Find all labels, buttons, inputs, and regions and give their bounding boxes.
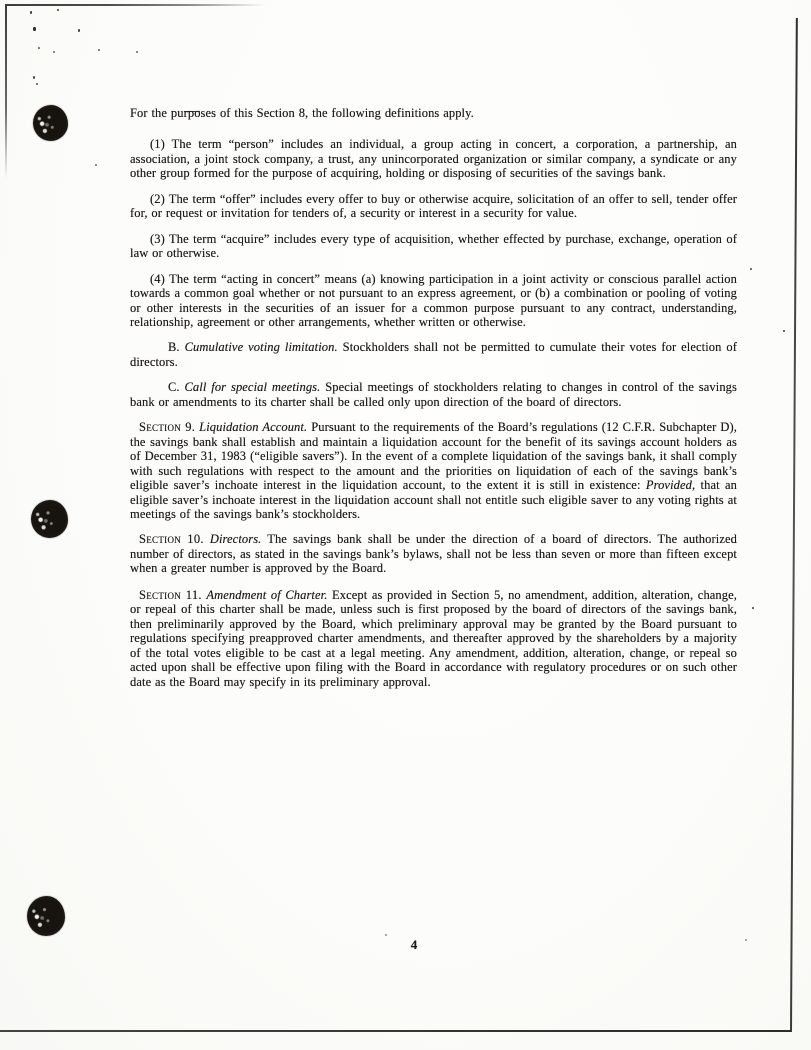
definition-1-text: (1) The term “person” includes an indivi… — [130, 137, 737, 180]
item-b-title: Cumulative voting limitation. — [185, 340, 338, 354]
dust-speck — [33, 76, 35, 79]
section-9-proviso: Provided, — [646, 478, 695, 492]
hole-punch-middle — [31, 500, 68, 538]
dust-speck — [57, 9, 59, 11]
dust-speck — [95, 164, 97, 166]
dust-speck — [33, 27, 36, 31]
scanned-document-page: For the purposes of this Section 8, the … — [0, 0, 811, 1050]
paragraph-definition-3: (3) The term “acquire” includes every ty… — [130, 232, 737, 261]
paragraph-section-9: Section 9. Liquidation Account. Pursuant… — [130, 420, 737, 521]
scan-edge-right — [790, 18, 797, 1032]
section-11-body: Except as provided in Section 5, no amen… — [130, 588, 737, 689]
dust-speck — [78, 29, 80, 32]
dust-speck — [783, 330, 785, 332]
item-c-title: Call for special meetings. — [185, 380, 321, 394]
page-number: 4 — [404, 937, 424, 953]
hole-punch-top — [33, 105, 68, 141]
section-11-heading: Section 11. — [139, 588, 202, 602]
dust-speck — [750, 268, 752, 270]
dust-speck — [745, 939, 747, 941]
section-11-title: Amendment of Charter. — [206, 588, 327, 602]
section-10-title: Directors. — [210, 532, 262, 546]
dust-speck — [30, 11, 32, 14]
scan-edge-top — [5, 4, 265, 6]
paragraph-item-b: B. Cumulative voting limitation. Stockho… — [130, 340, 737, 369]
scan-edge-left — [5, 4, 7, 179]
document-text: For the purposes of this Section 8, the … — [130, 106, 737, 700]
dust-speck — [98, 49, 100, 51]
paragraph-section-10: Section 10. Directors. The savings bank … — [130, 532, 737, 575]
definition-2-text: (2) The term “offer” includes every offe… — [130, 192, 737, 220]
item-b-label: B. — [168, 340, 180, 354]
item-c-label: C. — [168, 380, 180, 394]
paragraph-definition-4: (4) The term “acting in concert” means (… — [130, 272, 737, 330]
paragraph-definition-2: (2) The term “offer” includes every offe… — [130, 192, 737, 221]
dust-speck — [752, 607, 754, 609]
paragraph-definition-1: (1) The term “person” includes an indivi… — [130, 137, 737, 180]
section-9-title: Liquidation Account. — [199, 420, 307, 434]
intro-text: For the purposes of this Section 8, the … — [130, 106, 474, 120]
definition-3-text: (3) The term “acquire” includes every ty… — [130, 232, 737, 260]
paragraph-item-c: C. Call for special meetings. Special me… — [130, 380, 737, 409]
dust-speck — [53, 51, 55, 53]
paragraph-section-11: Section 11. Amendment of Charter. Except… — [130, 588, 737, 689]
dust-speck — [385, 934, 387, 936]
hole-punch-bottom — [27, 896, 65, 936]
dust-speck — [38, 47, 40, 49]
dust-speck — [136, 51, 138, 53]
definition-4-text: (4) The term “acting in concert” means (… — [130, 272, 737, 329]
paragraph-intro: For the purposes of this Section 8, the … — [130, 106, 737, 120]
dust-speck — [36, 83, 38, 85]
section-9-heading: Section 9. — [139, 420, 195, 434]
scan-edge-bottom — [0, 1030, 791, 1032]
section-10-heading: Section 10. — [139, 532, 204, 546]
